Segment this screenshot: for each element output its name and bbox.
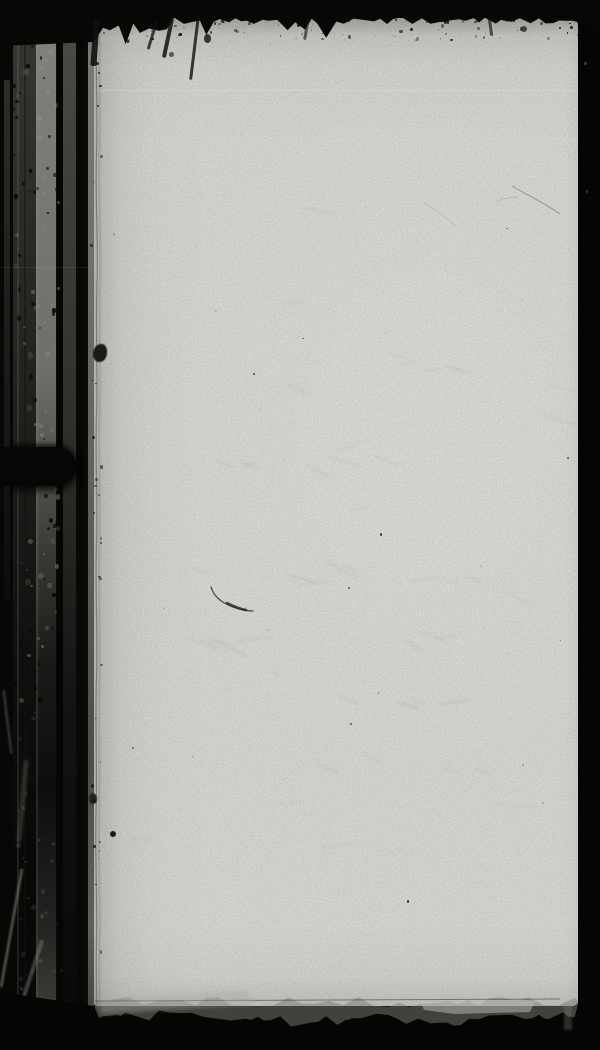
speck <box>34 423 37 426</box>
speck <box>22 857 25 860</box>
speck <box>53 524 56 527</box>
bottom-edge-shadow <box>0 988 600 1050</box>
speck <box>18 247 20 249</box>
paper-grain-texture <box>94 18 579 1006</box>
speck <box>25 579 31 585</box>
speck <box>31 290 34 294</box>
speck <box>44 410 46 413</box>
speck <box>19 698 24 703</box>
speck <box>20 918 22 921</box>
speck <box>51 627 54 630</box>
speck <box>37 637 40 640</box>
speck <box>34 306 37 310</box>
speck <box>47 527 50 530</box>
speck <box>54 103 58 108</box>
speck <box>52 308 55 312</box>
speck <box>56 494 61 499</box>
speck <box>38 663 41 666</box>
scanned-book-photo <box>0 0 600 1050</box>
speck <box>31 717 36 721</box>
speck <box>18 737 21 741</box>
speck <box>53 345 56 348</box>
right-frame-border <box>578 0 600 1050</box>
speck <box>38 573 44 579</box>
speck <box>41 645 43 648</box>
bottom-right-edge-mark <box>564 1004 572 1030</box>
speck <box>40 424 45 429</box>
speck <box>27 897 30 899</box>
speck <box>57 201 61 205</box>
speck <box>43 553 45 555</box>
scan-hairline-artifact <box>98 90 576 91</box>
speck <box>47 79 49 82</box>
speck <box>45 352 51 357</box>
page-gutter-crease <box>86 14 112 1014</box>
speck <box>20 639 23 643</box>
speck <box>16 94 19 97</box>
speck <box>45 59 47 62</box>
speck <box>14 264 18 269</box>
speck <box>23 342 26 345</box>
speck <box>13 154 15 156</box>
speck <box>27 654 30 657</box>
speck <box>15 100 18 103</box>
speck <box>56 922 59 925</box>
speck <box>48 49 53 54</box>
speck <box>47 583 51 588</box>
speck <box>53 140 55 142</box>
speck <box>53 173 57 177</box>
speck <box>52 969 56 974</box>
speck <box>15 116 18 119</box>
speck <box>18 254 21 257</box>
speck <box>22 182 25 186</box>
speck <box>38 959 42 963</box>
speck <box>33 398 37 402</box>
speck <box>44 911 48 916</box>
speck <box>55 187 59 192</box>
speck <box>40 56 43 60</box>
speck <box>12 108 15 111</box>
speck <box>28 352 34 359</box>
speck <box>30 585 33 587</box>
speck <box>46 91 49 95</box>
speck <box>43 578 45 580</box>
speck <box>27 405 33 410</box>
speck <box>33 190 36 193</box>
speck <box>23 326 26 329</box>
speck <box>14 194 18 198</box>
speck <box>39 66 44 70</box>
speck <box>43 204 45 207</box>
speck <box>12 84 16 89</box>
speck <box>38 698 42 703</box>
speck <box>22 806 25 810</box>
speck <box>43 77 45 79</box>
speck <box>19 92 21 94</box>
speck <box>44 494 48 498</box>
speck <box>18 287 22 292</box>
speck <box>31 905 35 910</box>
speck <box>38 839 41 841</box>
speck <box>29 374 33 380</box>
speck <box>19 644 23 649</box>
speck <box>50 198 55 203</box>
speck <box>29 169 32 173</box>
speck <box>17 809 21 812</box>
speck <box>23 152 25 154</box>
speck <box>31 302 34 306</box>
speck <box>36 187 39 190</box>
speck <box>46 167 49 171</box>
speck <box>24 791 29 797</box>
speck <box>50 859 55 864</box>
speck <box>25 667 29 670</box>
speck <box>54 487 58 491</box>
speck <box>57 287 60 289</box>
speck <box>16 843 21 848</box>
speck <box>584 62 587 65</box>
speck <box>33 669 36 673</box>
speck <box>17 316 21 321</box>
speck <box>13 681 17 686</box>
speck <box>44 321 47 325</box>
speck <box>34 711 36 713</box>
speck <box>40 433 44 437</box>
speck <box>47 212 49 214</box>
speck <box>58 124 61 126</box>
speck <box>51 538 55 544</box>
speck <box>28 190 31 193</box>
speck <box>26 64 30 68</box>
speck <box>47 117 49 120</box>
binding-clasp <box>14 447 76 486</box>
speck <box>37 116 42 120</box>
speck <box>42 175 46 180</box>
speck <box>24 861 27 864</box>
speck <box>52 312 54 315</box>
speck <box>52 843 56 846</box>
speck <box>60 969 64 972</box>
speck <box>26 569 29 571</box>
top-edge-tear <box>0 0 600 48</box>
speck <box>43 228 46 231</box>
speck <box>21 952 25 956</box>
speck <box>39 327 41 329</box>
speck <box>28 929 30 931</box>
speck <box>52 593 55 597</box>
speck <box>29 629 33 633</box>
speck <box>15 233 19 237</box>
speck <box>50 303 55 308</box>
speck <box>23 69 29 76</box>
speck <box>42 191 45 194</box>
speck <box>55 611 57 614</box>
speck <box>33 686 37 691</box>
speck <box>50 428 53 431</box>
speck <box>49 518 53 523</box>
speck <box>40 914 45 919</box>
speck <box>19 977 22 982</box>
speck <box>45 626 49 630</box>
speck <box>38 135 43 141</box>
speck <box>55 564 60 569</box>
speck <box>586 190 588 193</box>
speck <box>41 889 46 893</box>
speck <box>31 968 36 974</box>
speck <box>20 562 23 565</box>
speck <box>28 539 32 544</box>
speck <box>48 135 51 139</box>
speck <box>43 438 45 440</box>
